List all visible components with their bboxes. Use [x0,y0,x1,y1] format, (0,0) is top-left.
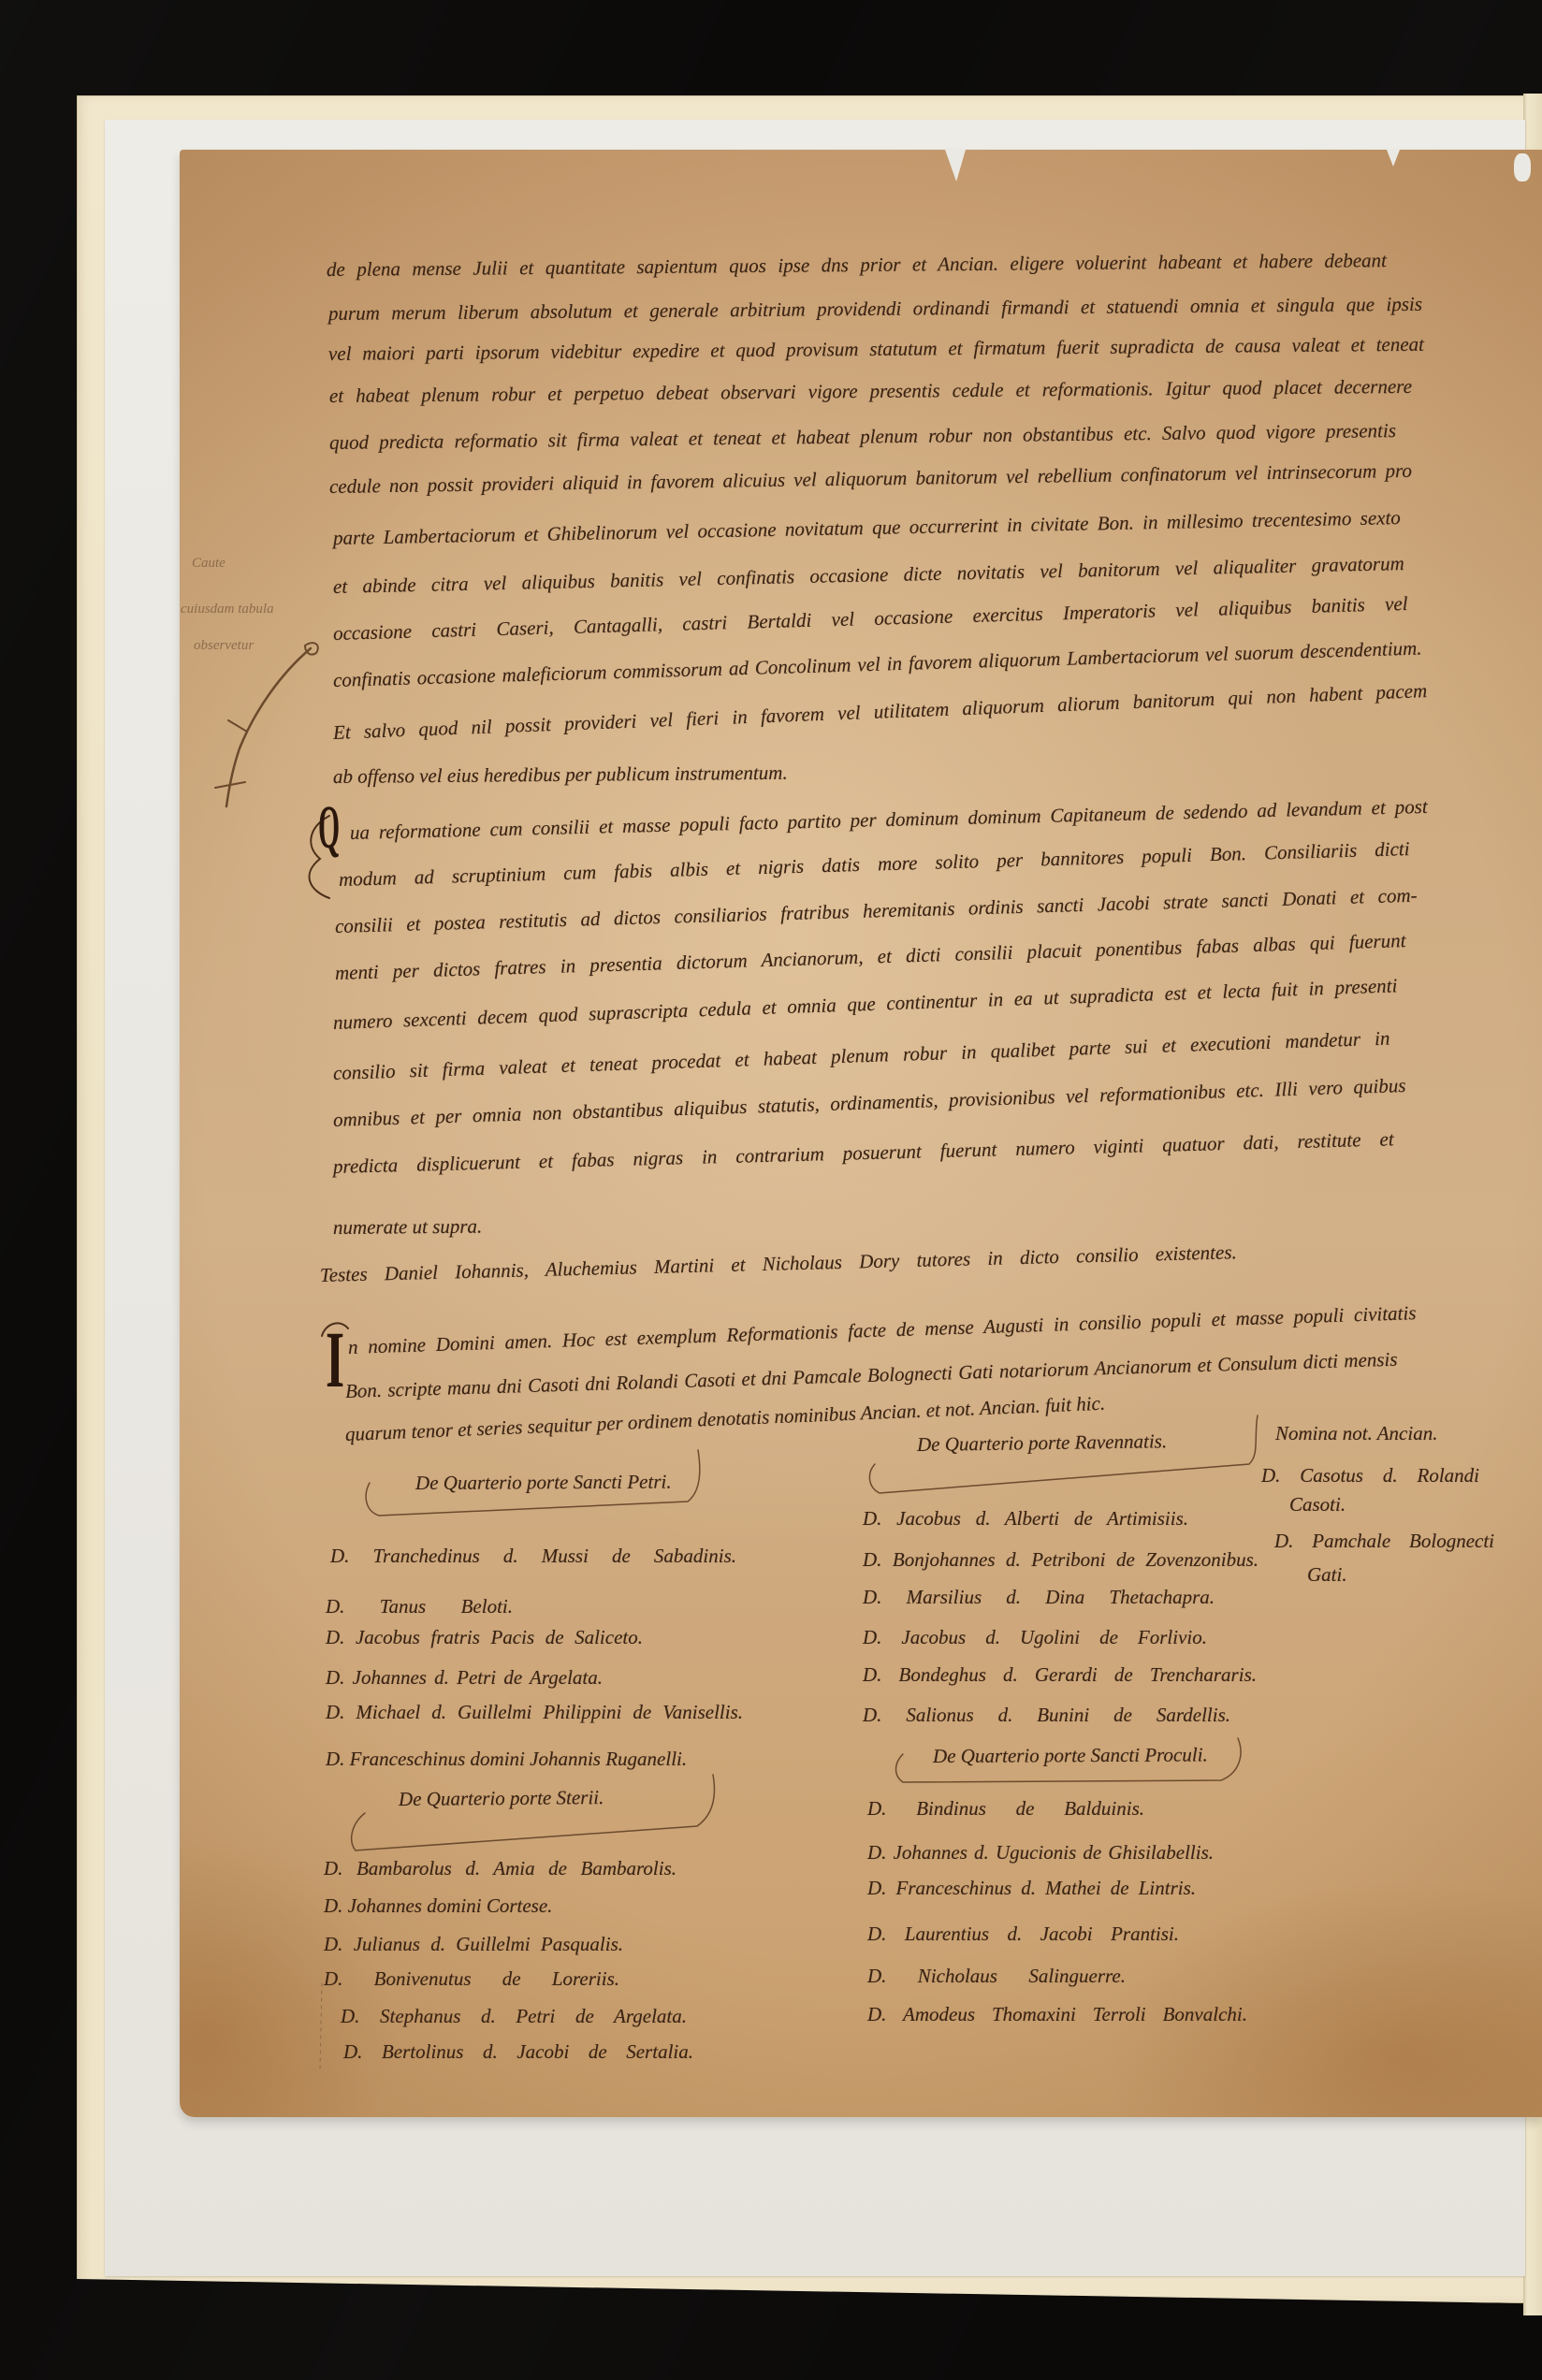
list-heading: De Quarterio porte Sancti Proculi. [933,1741,1208,1769]
list-item: D. Michael d. Guillelmi Philippini de Va… [326,1699,743,1725]
list-item: D. Bonivenutus de Loreriis. [324,1966,619,1992]
decorated-initial: Q [318,797,340,859]
parchment-tear [1514,153,1531,181]
list-item: D. Bertolinus d. Jacobi de Sertalia. [343,2039,693,2065]
list-item: D. Pamchale Bolognecti [1274,1528,1494,1554]
decorated-initial: I [326,1319,344,1400]
margin-note-line: Caute [192,550,225,576]
list-item: D. Laurentius d. Jacobi Prantisi. [867,1921,1179,1947]
list-item: D. Nicholaus Salinguerre. [867,1963,1126,1989]
list-item: D. Bonjohannes d. Petriboni de Zovenzoni… [863,1546,1258,1573]
margin-note-line: cuiusdam tabula [181,596,274,622]
list-item: D. Bindinus de Balduinis. [867,1795,1144,1821]
list-item: D. Stephanus d. Petri de Argelata. [341,2003,687,2029]
list-item-continuation: Gati. [1307,1561,1347,1588]
list-item: D. Marsilius d. Dina Thetachapra. [863,1584,1215,1610]
text-line: ab offenso vel eius heredibus per public… [333,760,788,790]
list-item: D. Bambarolus d. Amia de Bambarolis. [324,1855,676,1881]
margin-note-line: observetur [194,632,254,659]
list-heading: Nomina not. Ancian. [1275,1420,1437,1446]
list-item: D. Jacobus d. Ugolini de Forlivio. [863,1624,1207,1650]
text-line: numerate ut supra. [333,1213,482,1241]
list-item: D. Franceschinus d. Mathei de Lintris. [867,1875,1196,1901]
list-item: D. Casotus d. Rolandi [1261,1462,1479,1488]
list-item: D. Jacobus d. Alberti de Artimisiis. [863,1505,1188,1531]
list-item: D. Franceschinus domini Johannis Ruganel… [326,1746,681,1772]
list-item: D. Johannes d. Petri de Argelata. [326,1664,603,1691]
list-item: D. Johannes d. Ugucionis de Ghisilabelli… [867,1839,1214,1865]
list-item: D. Jacobus fratris Pacis de Saliceto. [326,1624,643,1650]
list-item: D. Salionus d. Bunini de Sardellis. [863,1702,1230,1728]
list-item: D. Johannes domini Cortese. [324,1893,548,1919]
list-item: D. Tanus Beloti. [326,1593,513,1619]
list-item: D. Julianus d. Guillelmi Pasqualis. [324,1931,623,1957]
list-heading: De Quarterio porte Ravennatis. [917,1428,1167,1458]
list-heading: De Quarterio porte Sancti Petri. [415,1469,672,1496]
list-item: D. Bondeghus d. Gerardi de Trenchararis. [863,1662,1257,1688]
list-item-continuation: Casoti. [1289,1491,1346,1517]
list-heading: De Quarterio porte Sterii. [399,1784,604,1812]
list-item: D. Tranchedinus d. Mussi de Sabadinis. [330,1543,736,1569]
list-item: D. Amodeus Thomaxini Terroli Bonvalchi. [867,2001,1247,2027]
